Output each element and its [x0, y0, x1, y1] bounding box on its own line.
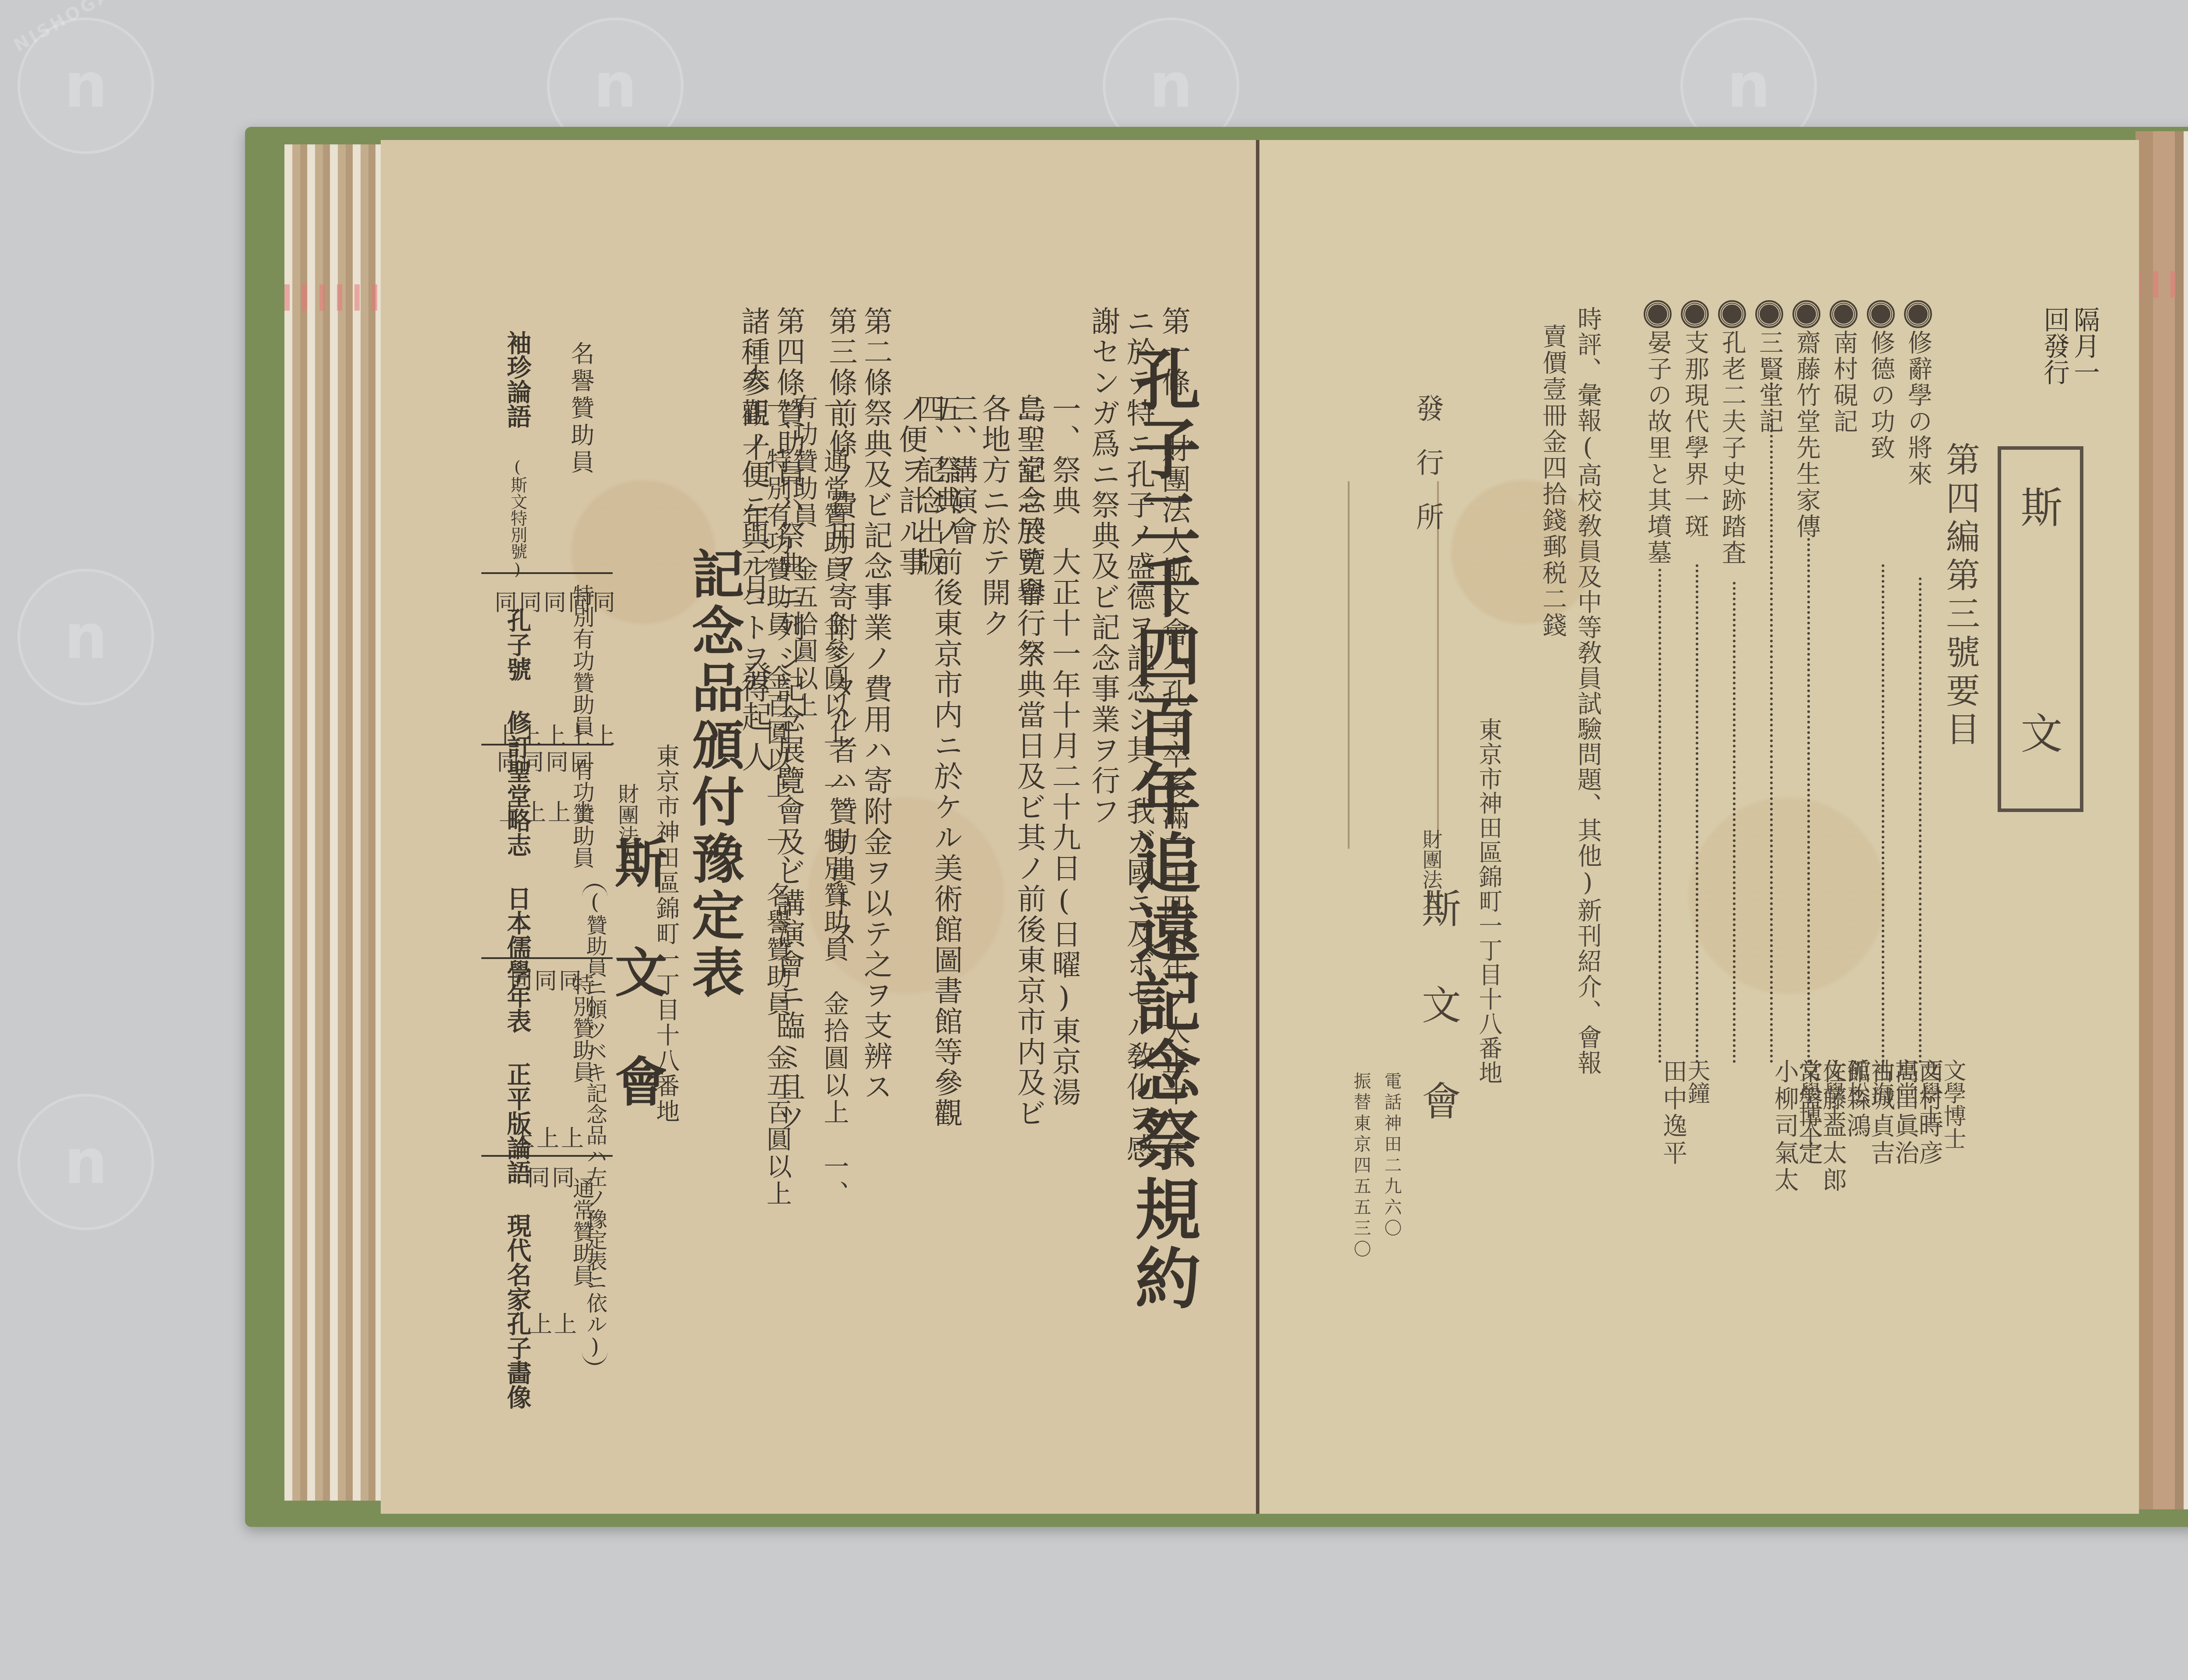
- table-divider: [481, 572, 613, 574]
- founder-label: 發起人: [740, 661, 770, 781]
- leader-dots: [1882, 564, 1884, 1063]
- items-list: 袖珍論語 (斯文特別號) 孔子號 修訂聖堂略志 日本儒學年表 正平版論語 現代名…: [503, 330, 531, 1409]
- publisher-name: 斯文會: [1418, 888, 1457, 1177]
- grade-rows-regular: 同同: [527, 1159, 576, 1192]
- founder-name: 斯文會: [610, 836, 663, 1164]
- article-1-item-2: 二、記念展覽會 祭典當日及ビ其ノ前後東京市内及ビ各地方ニ於テ開ク: [976, 394, 1046, 1137]
- bullet-icon: [1757, 302, 1781, 326]
- issue-frequency: 隔月一回發行: [2039, 306, 2100, 394]
- leader-dots: [1770, 372, 1773, 1063]
- page-edges-left: [284, 144, 385, 1501]
- article-number: 第一條: [1157, 306, 1191, 398]
- article-1-item-5: 五、祭典ノ前後東京市内ニ於ケル美術館圖書館等參觀ノ便ヲ計ル事: [893, 394, 963, 1137]
- grade-rows-special: 同同同: [510, 962, 583, 995]
- grade-ends-special: 上上上: [512, 1120, 586, 1153]
- toc-item[interactable]: 孔老二夫子史跡踏査: [1720, 302, 1744, 566]
- toc-item[interactable]: 修德の功致: [1869, 302, 1893, 461]
- leader-dots: [1696, 564, 1698, 1063]
- grade-rows-merit: 同同同同: [497, 744, 595, 777]
- transfer-account: 振替東京四五五三〇: [1352, 1072, 1370, 1261]
- toc-item[interactable]: 南村硯記: [1831, 302, 1856, 435]
- toc-item[interactable]: 三賢堂記: [1757, 302, 1781, 435]
- leader-dots: [1659, 569, 1661, 1063]
- grade-label-honorary: 名譽贊助員: [569, 341, 593, 477]
- toc-author: 文學博士小柳司氣太: [1772, 1059, 1820, 1251]
- bullet-icon: [1794, 302, 1819, 326]
- table-note: (贊助員ニ頒ツベキ記念品ハ左ノ豫定表ニ依ル): [582, 884, 607, 1365]
- table-divider: [481, 957, 613, 959]
- table-divider: [481, 1155, 613, 1157]
- bullet-icon: [1906, 302, 1930, 326]
- publisher-label: 發行所: [1413, 394, 1441, 556]
- leader-dots: [1733, 582, 1736, 1063]
- article-text: 財團法人斯文會ハ孔子卒後滿二千四百年ノ大正十一年ニ於テ特ニ孔子ノ盛德ヲ記念シ其ノ…: [1087, 306, 1191, 1169]
- grade-rows-special-merit: 同同同同同: [494, 584, 617, 617]
- leader-dots: [1807, 538, 1810, 1063]
- table-title: 記念品頒付豫定表: [687, 547, 740, 1002]
- publisher-address: 東京市神田區錦町一丁目十八番地: [1477, 717, 1501, 1085]
- watermark-logo: n: [18, 1094, 154, 1230]
- telephone: 電話神田二九六〇: [1383, 1072, 1400, 1240]
- page-edges-right: [2135, 131, 2188, 1509]
- toc-author: 天鐘田中逸平: [1661, 1059, 1708, 1251]
- toc-item[interactable]: 支那現代學界一斑: [1683, 302, 1707, 540]
- grade-ends-regular: 上上: [529, 1306, 579, 1339]
- issue-number: 第四編第三號要目: [1943, 442, 1977, 750]
- watermark-logo: n: [18, 569, 154, 705]
- toc-item[interactable]: 晏子の故里と其墳墓: [1645, 302, 1670, 566]
- price: 賣價壹冊金四拾錢郵税二錢: [1540, 324, 1565, 639]
- grade-label-regular: 通常贊助員: [571, 1177, 593, 1286]
- leader-dots: [1919, 577, 1922, 1063]
- grade-ends-merit: 上上上上: [499, 794, 597, 827]
- toc-item[interactable]: 齋藤竹堂先生家傳: [1794, 302, 1819, 540]
- bullet-icon: [1683, 302, 1707, 326]
- article-2: 第二條祭典及ビ記念事業ノ費用ハ寄附金ヲ以テ之ヲ支辨ス: [858, 306, 893, 1137]
- toc-misc: 時評、彙報(高校敎員及中等敎員試驗問題、其他)新刊紹介、會報: [1575, 306, 1600, 1075]
- bullet-icon: [1720, 302, 1744, 326]
- bullet-icon: [1869, 302, 1893, 326]
- article-1: 第一條 財團法人斯文會ハ孔子卒後滿二千四百年ノ大正十一年ニ於テ特ニ孔子ノ盛德ヲ記…: [1085, 306, 1191, 1181]
- bullet-icon: [1831, 302, 1856, 326]
- watermark-logo: NISHOGAKUSHAn: [18, 17, 154, 154]
- toc-item[interactable]: 修辭學の將來: [1906, 302, 1930, 487]
- bullet-icon: [1645, 302, 1670, 326]
- masthead-title: 斯文: [2017, 486, 2059, 937]
